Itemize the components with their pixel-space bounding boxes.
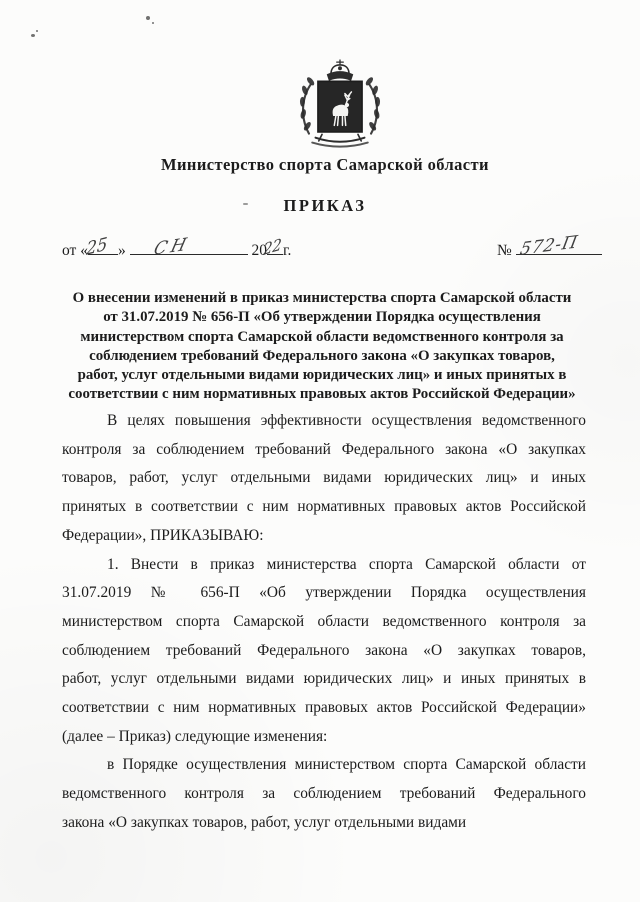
text-line: принятых в соответствии с ним нормативны… [62,493,586,522]
text-line: товаров, работ, услуг отдельными видами … [62,464,586,493]
text-line: работ, услуг отдельными видами юридическ… [56,366,588,385]
text-line: контроля за соблюдением требований Федер… [62,436,586,465]
handwritten-month: СН [151,234,192,260]
number-blank: 572-П [516,254,602,255]
text-line: ведомственного контроля за соблюдением т… [62,780,586,809]
text-line: соблюдением требований Федерального зако… [56,347,588,366]
text-line: соответствии с ним нормативных правовых … [62,694,586,723]
samara-coat-of-arms-icon [291,58,389,152]
order-subject: О внесении изменений в приказ министерст… [56,289,588,405]
date-year-prefix: 20 [251,242,267,259]
text-line: 1. Внести в приказ министерства спорта С… [62,551,586,580]
text-line: министерством спорта Самарской области в… [62,608,586,637]
order-body: В целях повышения эффективности осуществ… [62,407,586,838]
paragraph-preamble: В целях повышения эффективности осуществ… [62,407,586,551]
text-line: Федерации», ПРИКАЗЫВАЮ: [62,522,586,551]
text-line: от 31.07.2019 № 656-П «Об утверждении По… [56,308,588,327]
text-line: 31.07.2019 № 656-П «Об утверждении Поряд… [62,579,586,608]
text-line: закона «О закупках товаров, работ, услуг… [62,809,586,838]
date-year-blank: 22 [267,254,283,255]
scan-speckle [31,34,35,37]
date-from-label: от « [62,242,88,259]
text-line: В целях повышения эффективности осуществ… [62,407,586,436]
date-quote-close: » [118,242,126,259]
text-line: в Порядке осуществления министерством сп… [62,751,586,780]
date-year-suffix: г. [283,242,291,259]
scanned-document-page: Министерство спорта Самарской области ПР… [0,0,640,902]
scan-speckle [152,22,154,24]
scan-speckle [146,16,150,20]
text-line: министерством спорта Самарской области в… [56,328,588,347]
ministry-title: Министерство спорта Самарской области [40,155,610,175]
date-month-blank: СН [130,254,248,255]
text-line: соблюдением требований Федерального зако… [62,637,586,666]
date-number-row: от «25» СН 2022г. № 572-П [62,238,590,268]
date-day-blank: 25 [88,254,118,255]
scan-speckle [36,30,38,32]
text-line: соответствии с ним нормативных правовых … [56,385,588,404]
handwritten-number: 572-П [518,232,580,260]
paragraph-amendment: в Порядке осуществления министерством сп… [62,751,586,837]
number-label: № [497,242,512,259]
document-number-field: № 572-П [497,242,602,260]
document-type-title: ПРИКАЗ [40,196,610,216]
text-line: О внесении изменений в приказ министерст… [56,289,588,308]
handwritten-day: 25 [86,234,108,260]
text-line: (далее – Приказ) следующие изменения: [62,723,586,752]
text-line: работ, услуг отдельными видами юридическ… [62,665,586,694]
date-field: от «25» СН 2022г. [62,242,291,260]
paragraph-item-1: 1. Внести в приказ министерства спорта С… [62,551,586,752]
